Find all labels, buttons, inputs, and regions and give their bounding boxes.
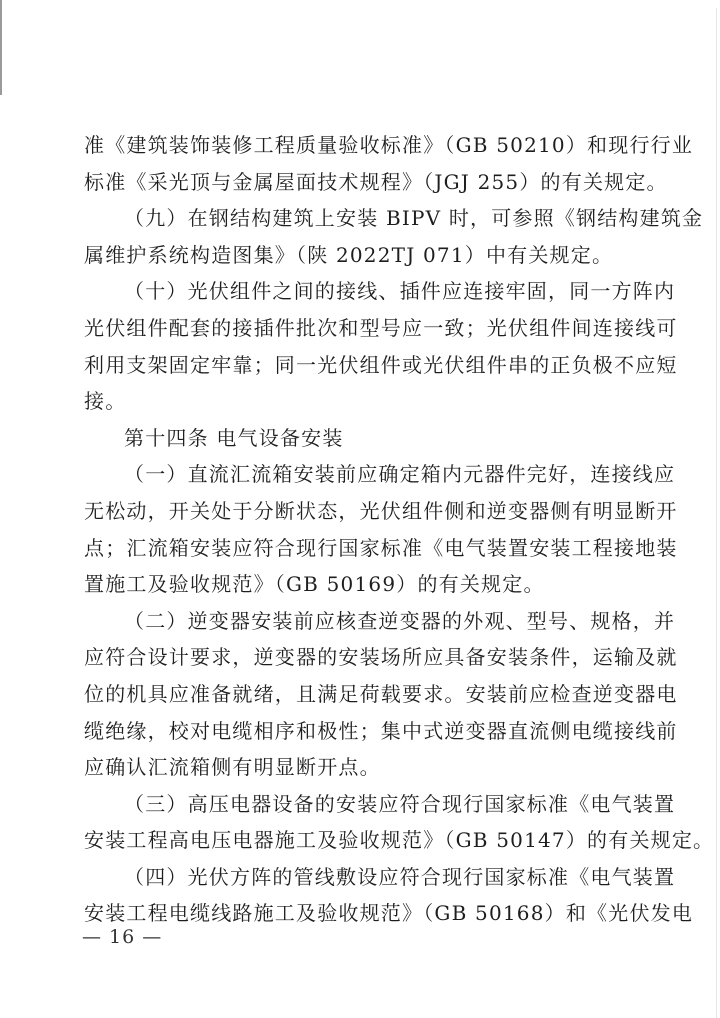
text-line: 无松动，开关处于分断状态，光伏组件侧和逆变器侧有明显断开 (84, 493, 640, 530)
text-line: 标准《采光顶与金属屋面技术规程》（JGJ 255）的有关规定。 (84, 164, 640, 201)
text-line: 缆绝缘，校对电缆相序和极性；集中式逆变器直流侧电缆接线前 (84, 713, 640, 750)
scan-edge-right (716, 8, 717, 1018)
text-line: （十）光伏组件之间的接线、插件应连接牢固，同一方阵内 (84, 273, 640, 310)
scan-edge-left (0, 0, 2, 95)
text-line: （二）逆变器安装前应核查逆变器的外观、型号、规格，并 (84, 603, 640, 640)
document-body: 准《建筑装饰装修工程质量验收标准》（GB 50210）和现行行业 标准《采光顶与… (84, 127, 640, 932)
text-line: 安装工程电缆线路施工及验收规范》（GB 50168）和《光伏发电 (84, 895, 640, 932)
text-line: 接。 (84, 383, 640, 420)
text-line: 应符合设计要求，逆变器的安装场所应具备安装条件，运输及就 (84, 639, 640, 676)
text-line: 准《建筑装饰装修工程质量验收标准》（GB 50210）和现行行业 (84, 127, 640, 164)
text-line: 安装工程高电压电器施工及验收规范》（GB 50147）的有关规定。 (84, 822, 640, 859)
text-line: （四）光伏方阵的管线敷设应符合现行国家标准《电气装置 (84, 859, 640, 896)
text-line: （三）高压电器设备的安装应符合现行国家标准《电气装置 (84, 786, 640, 823)
section-heading: 第十四条 电气设备安装 (84, 420, 640, 457)
page-number: — 16 — (82, 926, 162, 948)
text-line: 点；汇流箱安装应符合现行国家标准《电气装置安装工程接地装 (84, 530, 640, 567)
text-line: （一）直流汇流箱安装前应确定箱内元器件完好，连接线应 (84, 456, 640, 493)
text-line: 位的机具应准备就绪，且满足荷载要求。安装前应检查逆变器电 (84, 676, 640, 713)
text-line: 置施工及验收规范》（GB 50169）的有关规定。 (84, 566, 640, 603)
text-line: 属维护系统构造图集》（陕 2022TJ 071）中有关规定。 (84, 237, 640, 274)
document-page: 准《建筑装饰装修工程质量验收标准》（GB 50210）和现行行业 标准《采光顶与… (0, 0, 720, 1018)
text-line: 应确认汇流箱侧有明显断开点。 (84, 749, 640, 786)
text-line: （九）在钢结构建筑上安装 BIPV 时，可参照《钢结构建筑金 (84, 200, 640, 237)
text-line: 光伏组件配套的接插件批次和型号应一致；光伏组件间连接线可 (84, 310, 640, 347)
text-line: 利用支架固定牢靠；同一光伏组件或光伏组件串的正负极不应短 (84, 347, 640, 384)
